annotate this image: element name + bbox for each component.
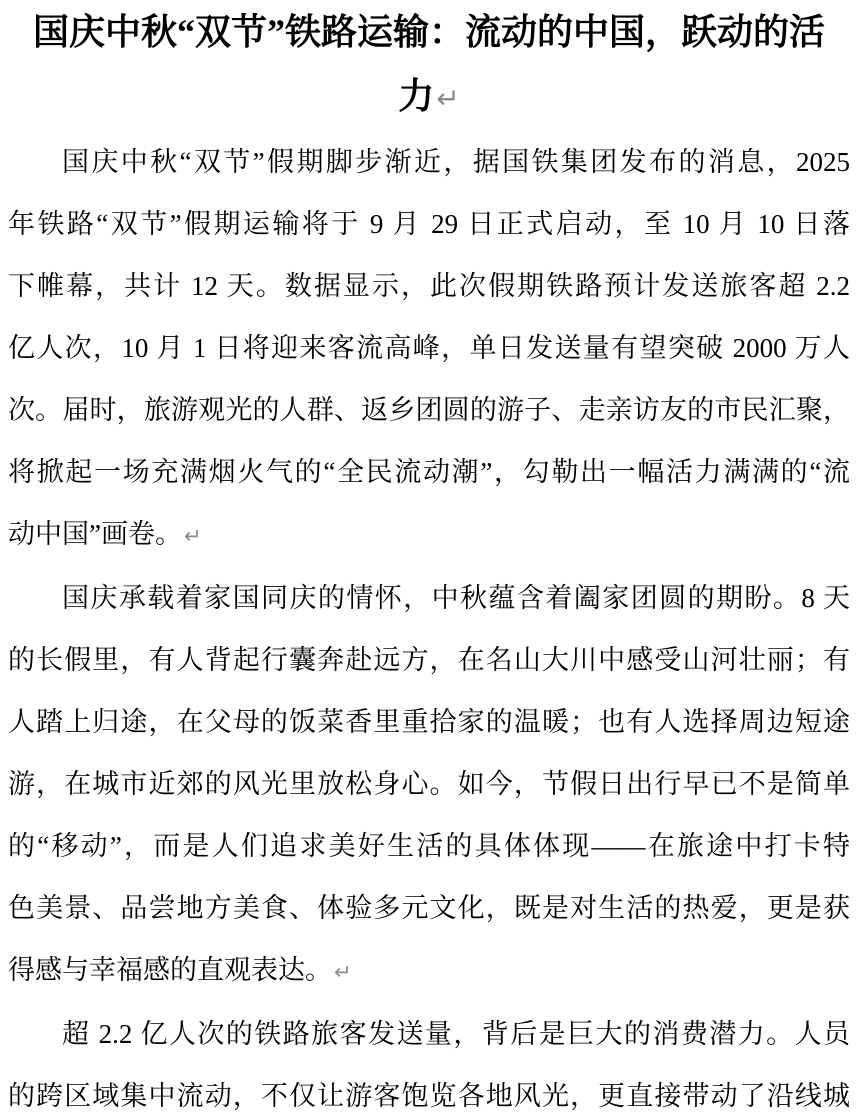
paragraph-mark-icon: ↵	[182, 523, 202, 548]
paragraph-1-line-1: 国庆中秋“双节”假期脚步渐近，据国铁集团发布的消息，2025	[8, 131, 850, 193]
document-page: 国庆中秋“双节”铁路运输：流动的中国，跃动的活 力↵ 国庆中秋“双节”假期脚步渐…	[0, 0, 861, 1119]
paragraph-2-line-3: 人踏上归途，在父母的饭菜香里重拾家的温暖；也有人选择周边短途	[8, 691, 850, 753]
paragraph-3-line-1: 超 2.2 亿人次的铁路旅客发送量，背后是巨大的消费潜力。人员	[8, 1003, 850, 1065]
paragraph-2-line-6: 色美景、品尝地方美食、体验多元文化，既是对生活的热爱，更是获	[8, 877, 850, 939]
paragraph-1-line-7: 动中国”画卷。↵	[8, 503, 850, 567]
paragraph-1: 国庆中秋“双节”假期脚步渐近，据国铁集团发布的消息，2025 年铁路“双节”假期…	[8, 131, 850, 567]
paragraph-2-line-2: 的长假里，有人背起行囊奔赴远方，在名山大川中感受山河壮丽；有	[8, 629, 850, 691]
paragraph-2-line-1: 国庆承载着家国同庆的情怀，中秋蕴含着阖家团圆的期盼。8 天	[8, 567, 850, 629]
paragraph-2-line-4: 游，在城市近郊的风光里放松身心。如今，节假日出行早已不是简单	[8, 753, 850, 815]
paragraph-3-line-2: 的跨区域集中流动，不仅让游客饱览各地风光，更直接带动了沿线城	[8, 1065, 850, 1119]
title-line-2: 力↵	[8, 64, 850, 131]
paragraph-2-line-7: 得感与幸福感的直观表达。↵	[8, 939, 850, 1003]
paragraph-1-line-6: 将掀起一场充满烟火气的“全民流动潮”，勾勒出一幅活力满满的“流	[8, 441, 850, 503]
paragraph-2-line-5: 的“移动”，而是人们追求美好生活的具体体现——在旅途中打卡特	[8, 815, 850, 877]
title-line-1: 国庆中秋“双节”铁路运输：流动的中国，跃动的活	[8, 0, 850, 64]
paragraph-mark-icon: ↵	[332, 959, 352, 984]
paragraph-1-line-4: 亿人次，10 月 1 日将迎来客流高峰，单日发送量有望突破 2000 万人	[8, 317, 850, 379]
paragraph-text: 得感与幸福感的直观表达。	[8, 955, 332, 985]
paragraph-2: 国庆承载着家国同庆的情怀，中秋蕴含着阖家团圆的期盼。8 天 的长假里，有人背起行…	[8, 567, 850, 1003]
paragraph-text: 动中国”画卷。	[8, 519, 182, 549]
paragraph-1-line-2: 年铁路“双节”假期运输将于 9 月 29 日正式启动，至 10 月 10 日落	[8, 193, 850, 255]
paragraph-1-line-5: 次。届时，旅游观光的人群、返乡团圆的游子、走亲访友的市民汇聚，	[8, 379, 850, 441]
title-text: 国庆中秋“双节”铁路运输：流动的中国，跃动的活	[33, 12, 825, 52]
paragraph-mark-icon: ↵	[434, 82, 460, 115]
paragraph-3: 超 2.2 亿人次的铁路旅客发送量，背后是巨大的消费潜力。人员 的跨区域集中流动…	[8, 1003, 850, 1119]
title-text: 力	[398, 76, 434, 116]
paragraph-1-line-3: 下帷幕，共计 12 天。数据显示，此次假期铁路预计发送旅客超 2.2	[8, 255, 850, 317]
document-title: 国庆中秋“双节”铁路运输：流动的中国，跃动的活 力↵	[8, 0, 850, 131]
